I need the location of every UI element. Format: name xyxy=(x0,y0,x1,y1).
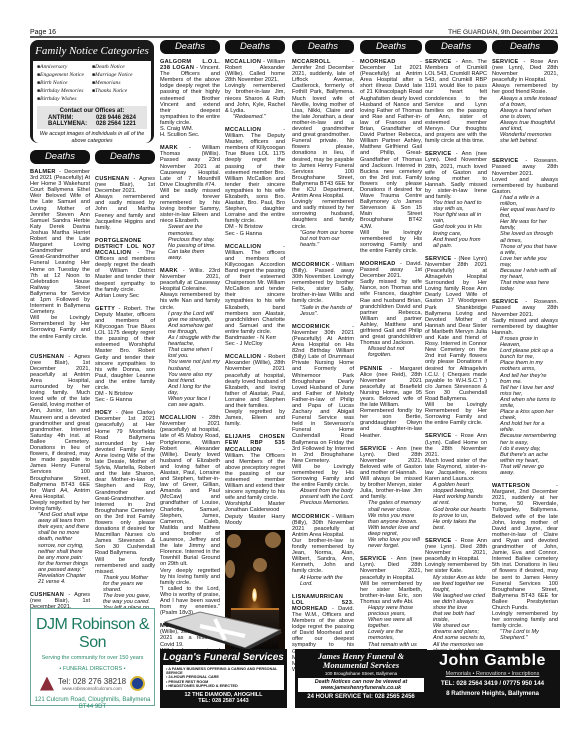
notice: CUSHENAN - Agnes (nee Blair), 1st Decemb… xyxy=(30,354,90,500)
column-2: Deaths CUSHENAN - Agnes (nee Blair), 1st… xyxy=(95,150,155,630)
notice: MCCARROLL - Jennifer 2nd December 2021, … xyxy=(292,59,354,138)
notice: MCCALLION - William Robert Alexander (Wi… xyxy=(225,59,285,83)
notice: GETTY - Robert. The Deputy Master, offic… xyxy=(95,306,155,391)
notice: CUSHENAN - Agnes (nee Blair), 1st Decemb… xyxy=(95,176,155,194)
deaths-banner: Deaths xyxy=(425,40,487,54)
ad-address: 100 Broughshane Street, Ballymena xyxy=(295,671,427,676)
ad-website: www.robinsonsofculcrum.com xyxy=(58,686,126,691)
notice: MCCORMICK - November 30th 2021 (Peaceful… xyxy=(292,324,354,464)
notice: HOEY - (Nee Clarke) December 1st 2021 (p… xyxy=(95,410,155,556)
ad-address: 121 Culcrum Road, Cloughmills, Ballymena… xyxy=(31,697,154,711)
notice: SERVICE - Rose Ann (nee Lynn), Died 28th… xyxy=(492,59,558,83)
notice: SERVICE - Ann (nee Lynn). Died 28th Nove… xyxy=(360,556,422,580)
ad-tagline: Serving the community for over 150 years xyxy=(31,655,154,661)
contact-title: Contact our Offices at: xyxy=(40,108,144,114)
masthead-date: THE GUARDIAN, 9th December 2021 xyxy=(448,29,558,36)
masonic-logo-icon xyxy=(40,677,54,691)
ad-website: www.jameshenryfunerals.co.uk xyxy=(298,685,424,691)
notice: MARK - Willis. 23rd November 2021, peace… xyxy=(160,268,220,292)
deaths-banner: Deaths xyxy=(30,150,90,164)
ad-service: • FUNERAL DIRECTORS • xyxy=(31,666,154,672)
column-1: Deaths BALMER - December 3rd 2021 (Peace… xyxy=(30,150,90,635)
john-gamble-ad: John Gamble Memorials • Renovations • In… xyxy=(425,650,560,708)
notice: BALMER - December 3rd 2021 (Peacefully) … xyxy=(30,169,90,315)
ad-services-list: • A FAMILY BUSINESS OFFERING A CARING AN… xyxy=(163,665,284,690)
page-header: Page 16 THE GUARDIAN, 9th December 2021 xyxy=(30,29,558,40)
office-name: BALLYMENA: xyxy=(48,121,87,127)
family-notice-categories-box: Family Notice Categories Anniversary Dea… xyxy=(30,40,154,143)
notice: SERVICE - Rose Ann (Lynn). Called Home o… xyxy=(425,433,487,457)
notice: MARK - William Thomas (Willis). Passed a… xyxy=(160,145,220,188)
category-item: Engagement Notice xyxy=(37,72,92,78)
notice: SERVICE - Ann (nee Lynn). Died November … xyxy=(425,151,487,200)
notice: SERVICE - Roseann. Passed away 28th Nove… xyxy=(492,158,558,176)
notice: MOORHEAD - David. Passed away 1st Decemb… xyxy=(360,261,422,279)
notice: GALGORM L.O.L. 238 LOGAN - Vincent. The … xyxy=(160,59,220,126)
office-phone: 028 2564 1221 xyxy=(96,121,136,127)
djm-robinson-ad: DJM Robinson & Son Serving the community… xyxy=(30,608,155,706)
contact-offices: Contact our Offices at: ANTRIM:028 9446 … xyxy=(37,106,147,129)
james-henry-ad: James Henry Funeral & Monumental Service… xyxy=(295,649,427,708)
association-logo-icon xyxy=(130,676,145,691)
notice: SERVICE - Roseann. Passed away 28th Nove… xyxy=(492,299,558,317)
ad-phone: 24 HOUR SERVICE Tel: 028 2565 2456 xyxy=(295,694,427,700)
category-item: Memorians xyxy=(92,80,147,86)
category-item: Marriage Notice xyxy=(92,72,147,78)
notice: SERVICE - (Nee Lynn) November 28th 2021 … xyxy=(425,256,487,402)
deaths-banner: Deaths xyxy=(492,40,558,54)
column-3: Deaths GALGORM L.O.L. 238 LOGAN - Vincen… xyxy=(160,40,220,684)
notice: MCCALLION - Robert Alexander (Willie), 2… xyxy=(225,354,285,409)
deaths-banner: Deaths xyxy=(160,40,220,54)
deaths-banner: Deaths xyxy=(292,40,354,54)
column-5: Deaths MCCARROLL - Jennifer 2nd December… xyxy=(292,40,354,673)
ad-title: DJM Robinson & Son xyxy=(31,616,154,652)
deaths-banner: Deaths xyxy=(95,150,155,164)
ad-notice: Death Notices can now be viewed at www.j… xyxy=(298,678,424,692)
notice: PORTGLENONE DISTRICT LOL NO7 MCCALLION -… xyxy=(95,238,155,293)
category-item: Birth Notice xyxy=(37,80,92,86)
notice: SERVICE - Ann. The Members of Crumkill L… xyxy=(425,59,487,144)
notice: MCCORMICK - William (Billy), 30th Novemb… xyxy=(292,514,354,538)
category-item: Birthday Memories xyxy=(37,88,92,94)
column-6: Deaths MOORHEAD - December 1st 2021 (Pea… xyxy=(360,40,422,654)
deaths-banner: Deaths xyxy=(360,40,422,54)
logans-funeral-ad: Logan's Funeral Services • A FAMILY BUSI… xyxy=(160,649,287,708)
bible-icon xyxy=(160,610,285,650)
notice: MOORHEAD - December 1st 2021 (Peacefully… xyxy=(360,59,422,230)
ad-title: Logan's Funeral Services xyxy=(160,652,287,663)
notice: MCCALLION - William. The Deputy Master, … xyxy=(225,127,285,225)
column-4: Deaths MCCALLION - William Robert Alexan… xyxy=(225,40,285,650)
column-8: Deaths SERVICE - Rose Ann (nee Lynn), Di… xyxy=(492,40,558,642)
ad-phone: Tel: 028 276 38218 xyxy=(58,677,126,686)
notice: SERVICE - Ann (nee Lynn). Died 28th Nove… xyxy=(360,446,422,476)
notice: WATTERSON - Margaret, 2nd December 2021,… xyxy=(492,483,558,611)
notice: MCCALLION - William. The officers and me… xyxy=(225,244,285,335)
ad-services: Memorials • Renovations • Inscriptions xyxy=(425,671,560,677)
notice: PENNIE - Margaret Alice (nee Reid), 28th… xyxy=(360,366,422,409)
category-item: Anniversary xyxy=(37,64,92,70)
ad-phone: TEL: 028 2587 1443 xyxy=(160,698,287,704)
ad-title: John Gamble xyxy=(425,652,560,670)
deaths-banner: Deaths xyxy=(225,40,285,54)
category-item: Death Notice xyxy=(92,64,147,70)
header-rule xyxy=(30,36,558,38)
categories-title: Family Notice Categories xyxy=(33,45,151,57)
accept-images-note: We accept images of individuals in all o… xyxy=(37,131,147,144)
category-item: Thanks Notice xyxy=(92,88,147,94)
categories-list: Anniversary Death Notice Engagement Noti… xyxy=(37,64,147,102)
ad-address: 8 Rathmore Heights, Ballymena xyxy=(425,690,560,697)
notice: ELIJAHS CHOSEN FEW RBP 535 MCCALLION - W… xyxy=(225,434,285,501)
ad-title: James Henry Funeral & Monumental Service… xyxy=(295,652,427,670)
column-7: Deaths SERVICE - Ann. The Members of Cru… xyxy=(425,40,487,660)
notice: MCCORMICK - William (Billy). Passed away… xyxy=(292,262,354,305)
notice: SERVICE - Rose Ann (nee Lynn). Died 28th… xyxy=(425,538,487,562)
category-item: Birthday Wishes xyxy=(37,96,92,102)
ad-phone: TEL: 028 2564 3419 / 07775 950 144 xyxy=(425,680,560,687)
notice: MCCALLION - 28th November 2021 (peaceful… xyxy=(160,415,220,567)
page-number: Page 16 xyxy=(30,29,56,36)
